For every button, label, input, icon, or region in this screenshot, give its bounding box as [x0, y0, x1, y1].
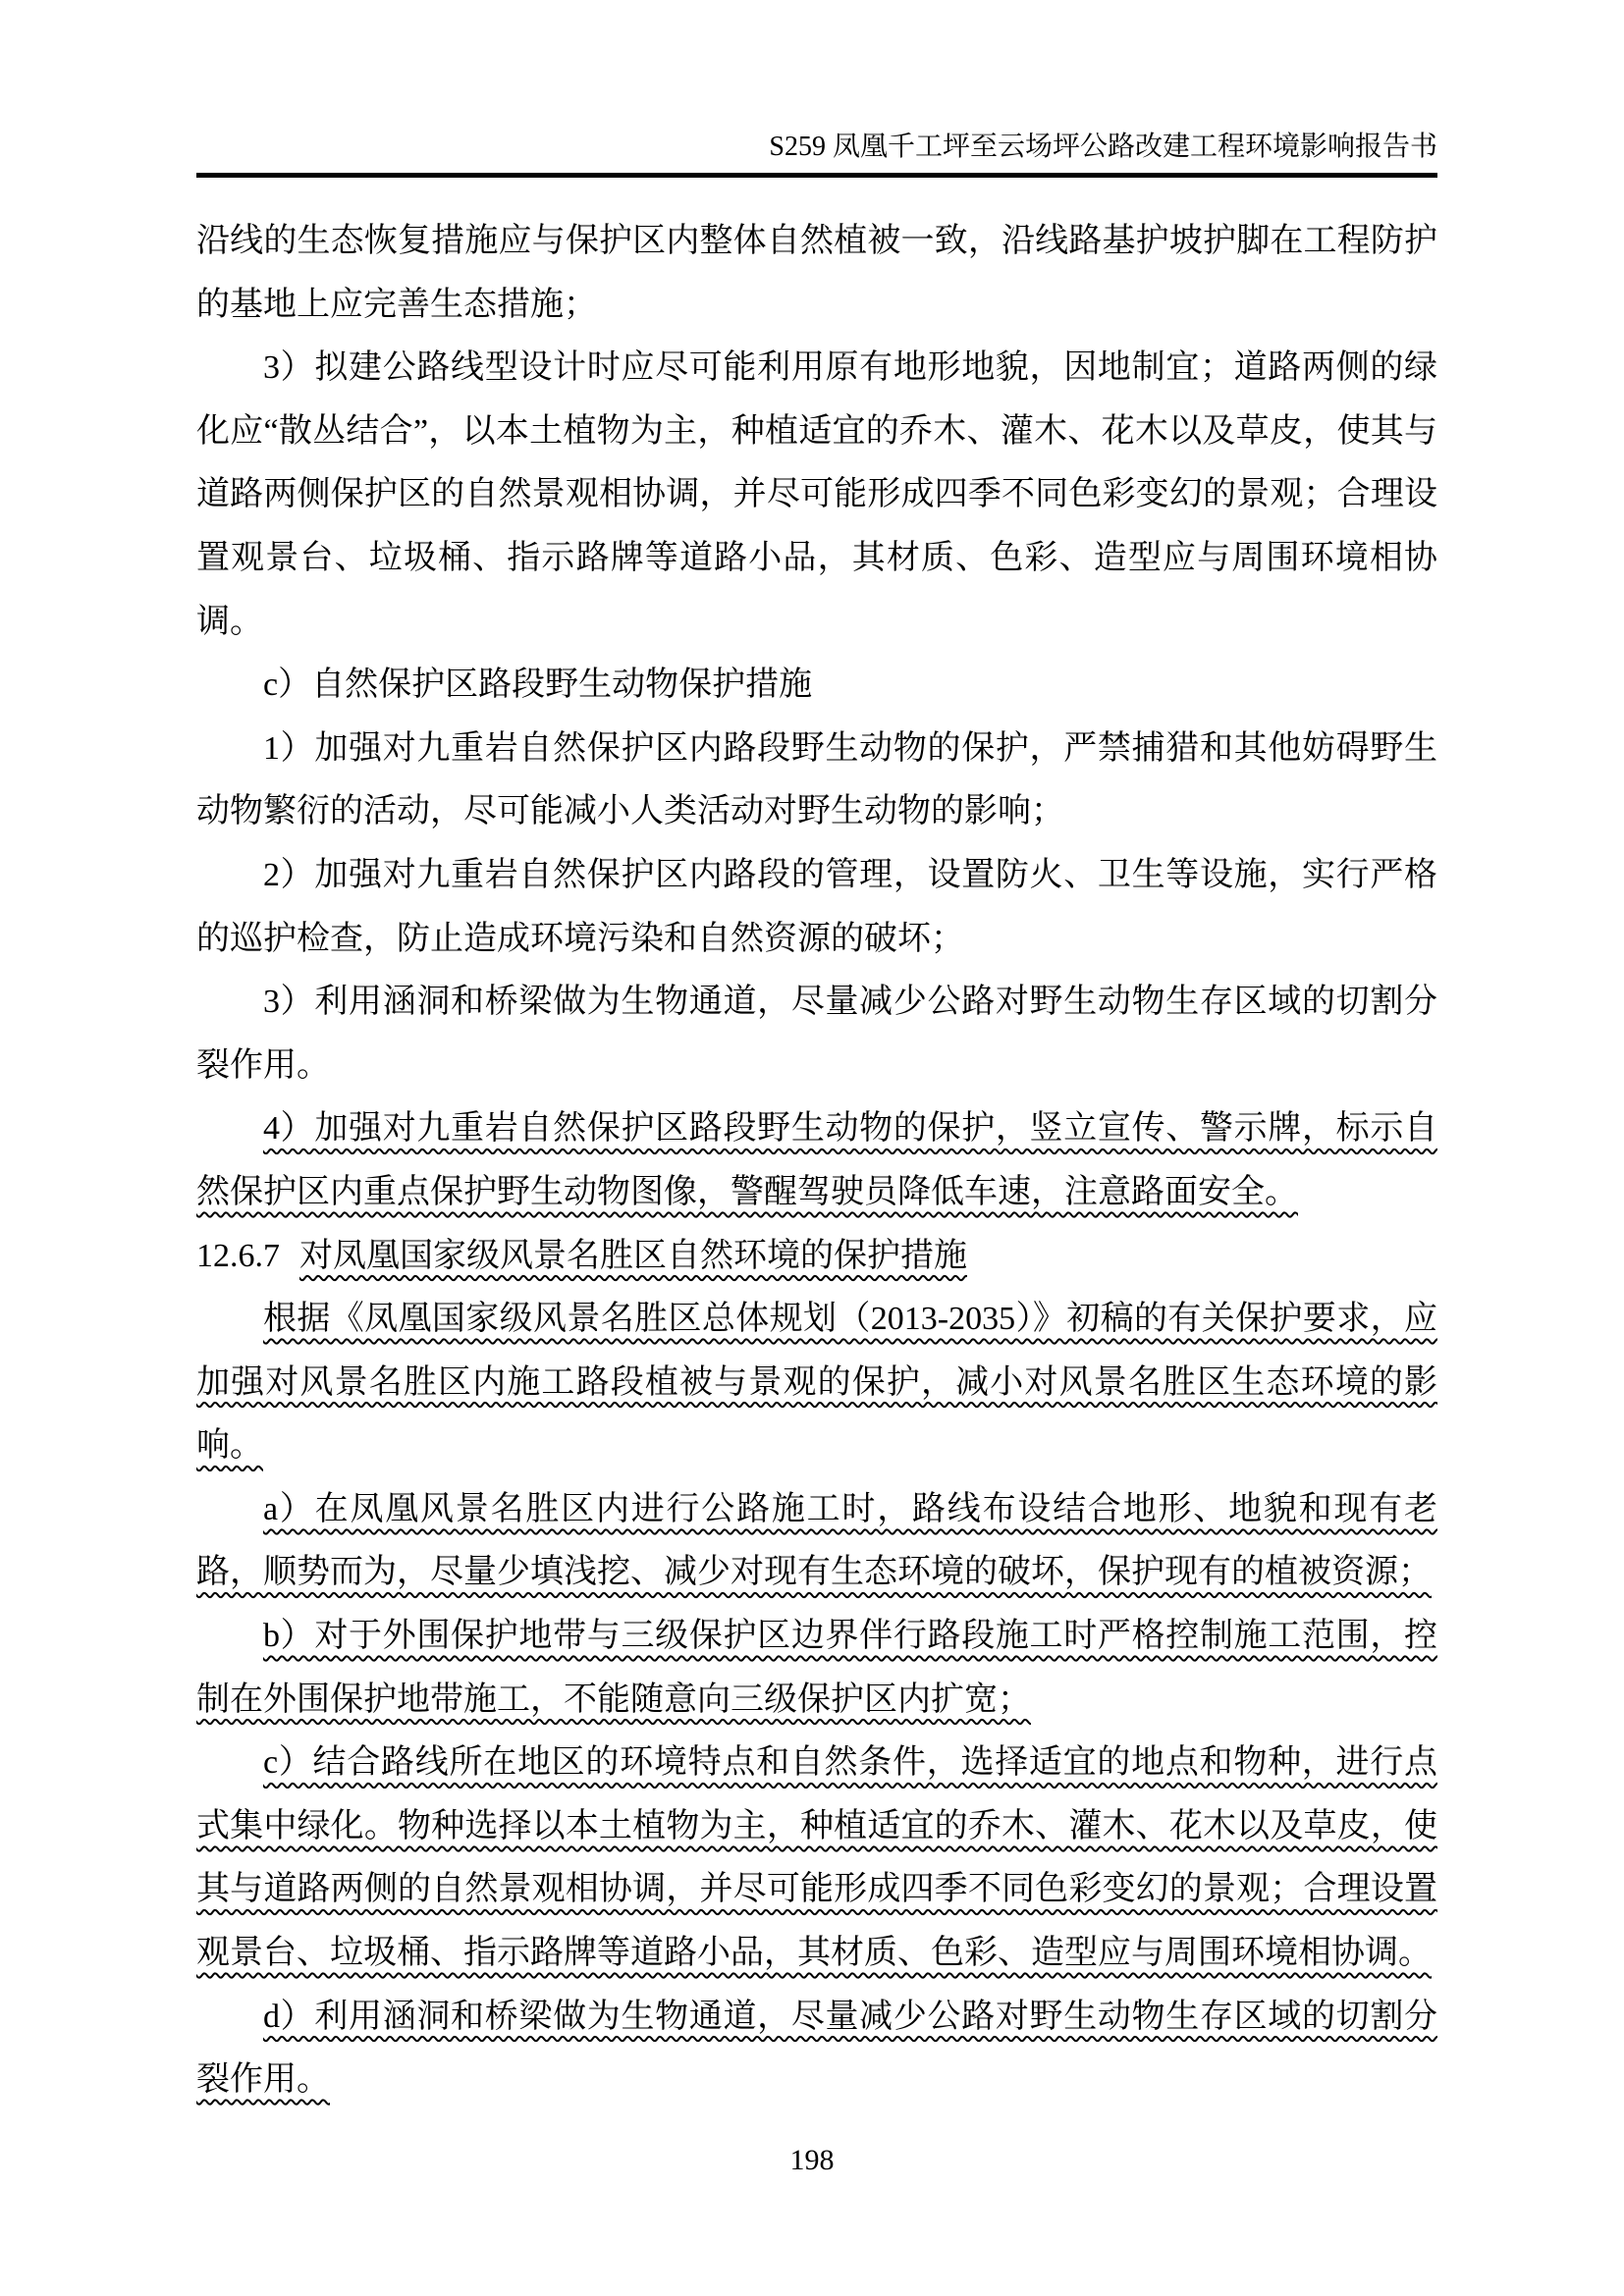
paragraph-underlined: d）利用涵洞和桥梁做为生物通道，尽量减少公路对野生动物生存区域的切割分裂作用。: [196, 1986, 1437, 2112]
paragraph-underlined: 根据《凤凰国家级风景名胜区总体规划（2013-2035）》初稿的有关保护要求，应…: [196, 1288, 1437, 1478]
paragraph: 1）加强对九重岩自然保护区内路段野生动物的保护，严禁捕猎和其他妨碍野生动物繁衍的…: [196, 718, 1437, 844]
section-number: 12.6.7: [196, 1238, 280, 1274]
paragraph: 沿线的生态恢复措施应与保护区内整体自然植被一致，沿线路基护坡护脚在工程防护的基地…: [196, 210, 1437, 337]
header-rule: [196, 173, 1437, 178]
paragraph-underlined: b）对于外围保护地带与三级保护区边界伴行路段施工时严格控制施工范围，控制在外围保…: [196, 1605, 1437, 1732]
page-number: 198: [0, 2142, 1624, 2179]
paragraph: 3）利用涵洞和桥梁做为生物通道，尽量减少公路对野生动物生存区域的切割分裂作用。: [196, 971, 1437, 1097]
paragraph-underlined: 4）加强对九重岩自然保护区路段野生动物的保护，竖立宣传、警示牌，标示自然保护区内…: [196, 1097, 1437, 1224]
document-page: S259 凤凰千工坪至云场坪公路改建工程环境影响报告书 沿线的生态恢复措施应与保…: [0, 0, 1624, 2296]
document-body: 沿线的生态恢复措施应与保护区内整体自然植被一致，沿线路基护坡护脚在工程防护的基地…: [196, 210, 1437, 2112]
section-title: 对凤凰国家级风景名胜区自然环境的保护措施: [299, 1238, 967, 1274]
page-header: S259 凤凰千工坪至云场坪公路改建工程环境影响报告书: [196, 130, 1437, 165]
paragraph: 3）拟建公路线型设计时应尽可能利用原有地形地貌，因地制宜；道路两侧的绿化应“散丛…: [196, 337, 1437, 654]
paragraph-underlined: c）结合路线所在地区的环境特点和自然条件，选择适宜的地点和物种，进行点式集中绿化…: [196, 1732, 1437, 1985]
paragraph-underlined: a）在凤凰风景名胜区内进行公路施工时，路线布设结合地形、地貌和现有老路，顺势而为…: [196, 1478, 1437, 1605]
section-heading: 12.6.7对凤凰国家级风景名胜区自然环境的保护措施: [196, 1225, 1437, 1289]
paragraph: c）自然保护区路段野生动物保护措施: [196, 654, 1437, 718]
paragraph: 2）加强对九重岩自然保护区内路段的管理，设置防火、卫生等设施，实行严格的巡护检查…: [196, 844, 1437, 971]
